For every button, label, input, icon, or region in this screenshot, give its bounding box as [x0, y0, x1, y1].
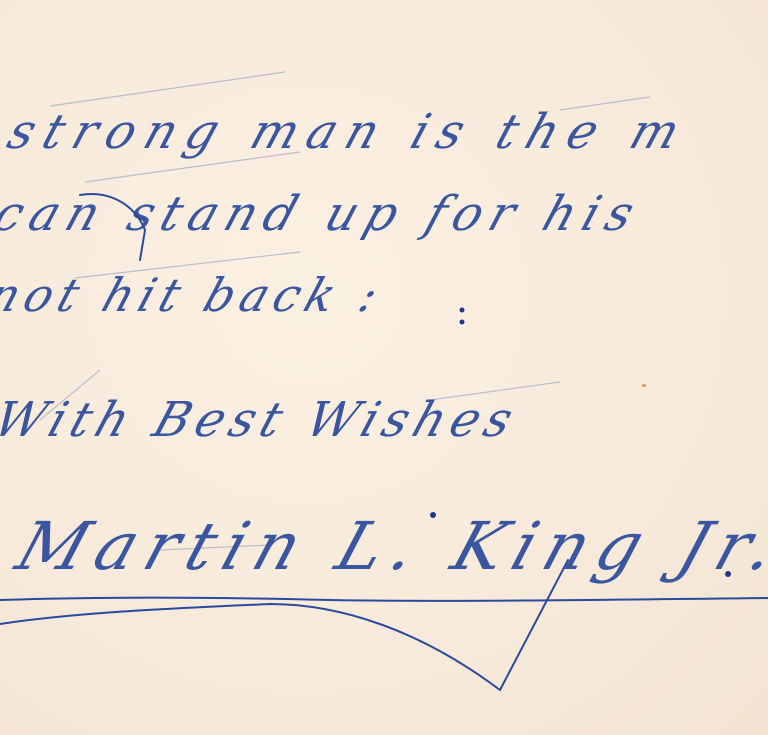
note-line-2: can stand up for his — [0, 186, 649, 242]
handwritten-note-page: strong man is the m can stand up for his… — [0, 0, 768, 735]
signature: Martin L. King Jr. — [7, 508, 768, 585]
paper-stain — [642, 384, 646, 387]
note-line-3: not hit back : — [0, 268, 391, 322]
closing-line: With Best Wishes — [0, 392, 526, 448]
note-line-1: strong man is the m — [1, 104, 697, 160]
